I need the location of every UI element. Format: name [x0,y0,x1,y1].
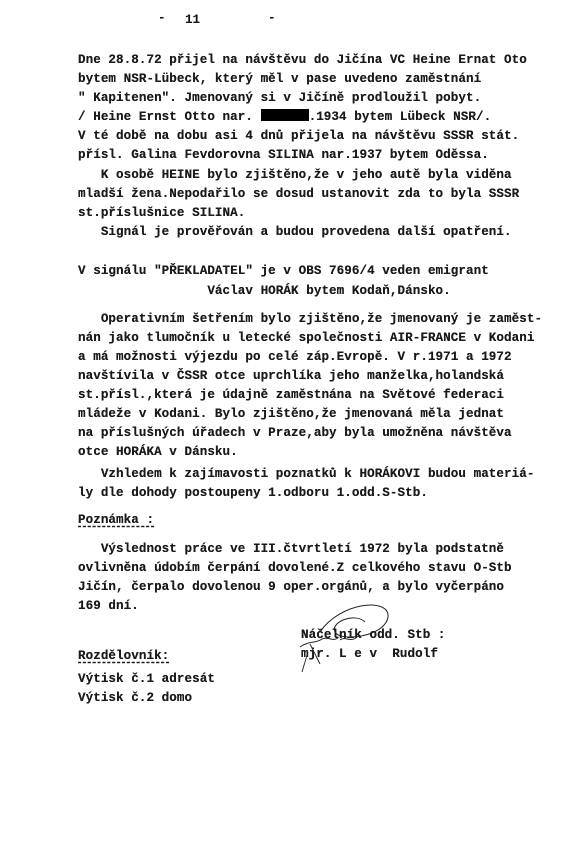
text-line: mládeže v Kodani. Bylo zjištěno,že jmeno… [78,405,504,424]
text-line: V té době na dobu asi 4 dnů přijela na n… [78,127,519,146]
document-page: - 11 - Dne 28.8.72 přijel na návštěvu do… [0,0,578,864]
page-number-dash-left: - [158,11,166,25]
text-line: Operativním šetřením bylo zjištěno,že jm… [78,310,542,329]
text-line: bytem NSR-Lübeck, který měl v pase uvede… [78,70,481,89]
text-line: ly dle dohody postoupeny 1.odboru 1.odd.… [78,484,428,503]
text-line: mladší žena.Nepodařilo se dosud ustanovi… [78,185,519,204]
page-number-dash-right: - [268,11,276,25]
text-line: 169 dní. [78,597,139,616]
text-line: Václav HORÁK bytem Kodaň,Dánsko. [78,282,451,301]
text-line: Signál je prověřován a budou provedena d… [78,223,512,242]
text-line: otce HORÁKA v Dánsku. [78,443,238,462]
text-line: K osobě HEINE bylo zjištěno,že v jeho au… [78,166,512,185]
text-line: st.přísl.,která je údajně zaměstnána na … [78,386,504,405]
text-fragment: .1934 bytem Lübeck NSR/. [309,110,492,124]
text-line: Vzhledem k zajímavosti poznatků k HORÁKO… [78,465,534,484]
distribution-item: Výtisk č.2 domo [78,689,192,708]
signature-title: Náčelník odd. Stb : [301,626,446,645]
signature-name: mjr. L e v Rudolf [301,645,438,664]
text-line: Výslednost práce ve III.čtvrtletí 1972 b… [78,540,504,559]
text-line: a má možnosti výjezdu po celé záp.Evropě… [78,348,512,367]
text-line: na příslušných úřadech v Praze,aby byla … [78,424,512,443]
redaction-box [261,109,309,121]
text-line: nán jako tlumočník u letecké společnosti… [78,329,534,348]
text-line: Dne 28.8.72 přijel na návštěvu do Jičína… [78,51,527,70]
text-line: navštívila v ČSSR otce uprchlíka jeho ma… [78,367,504,386]
distribution-heading: Rozdělovník: [78,647,169,666]
text-line: " Kapitenen". Jmenovaný si v Jičíně prod… [78,89,481,108]
page-number: 11 [185,13,200,27]
text-line: Jičín, čerpalo dovolenou 9 oper.orgánů, … [78,578,504,597]
redacted-line: / Heine Ernst Otto nar. .1934 bytem Lübe… [78,108,491,127]
text-fragment: / Heine Ernst Otto nar. [78,110,261,124]
distribution-item: Výtisk č.1 adresát [78,670,215,689]
text-line: přísl. Galina Fevdorovna SILINA nar.1937… [78,146,489,165]
text-line: V signálu "PŘEKLADATEL" je v OBS 7696/4 … [78,262,489,281]
text-line: st.příslušnice SILINA. [78,204,245,223]
text-line: ovlivněna údobím čerpání dovolené.Z celk… [78,559,512,578]
note-heading: Poznámka : [78,511,154,530]
